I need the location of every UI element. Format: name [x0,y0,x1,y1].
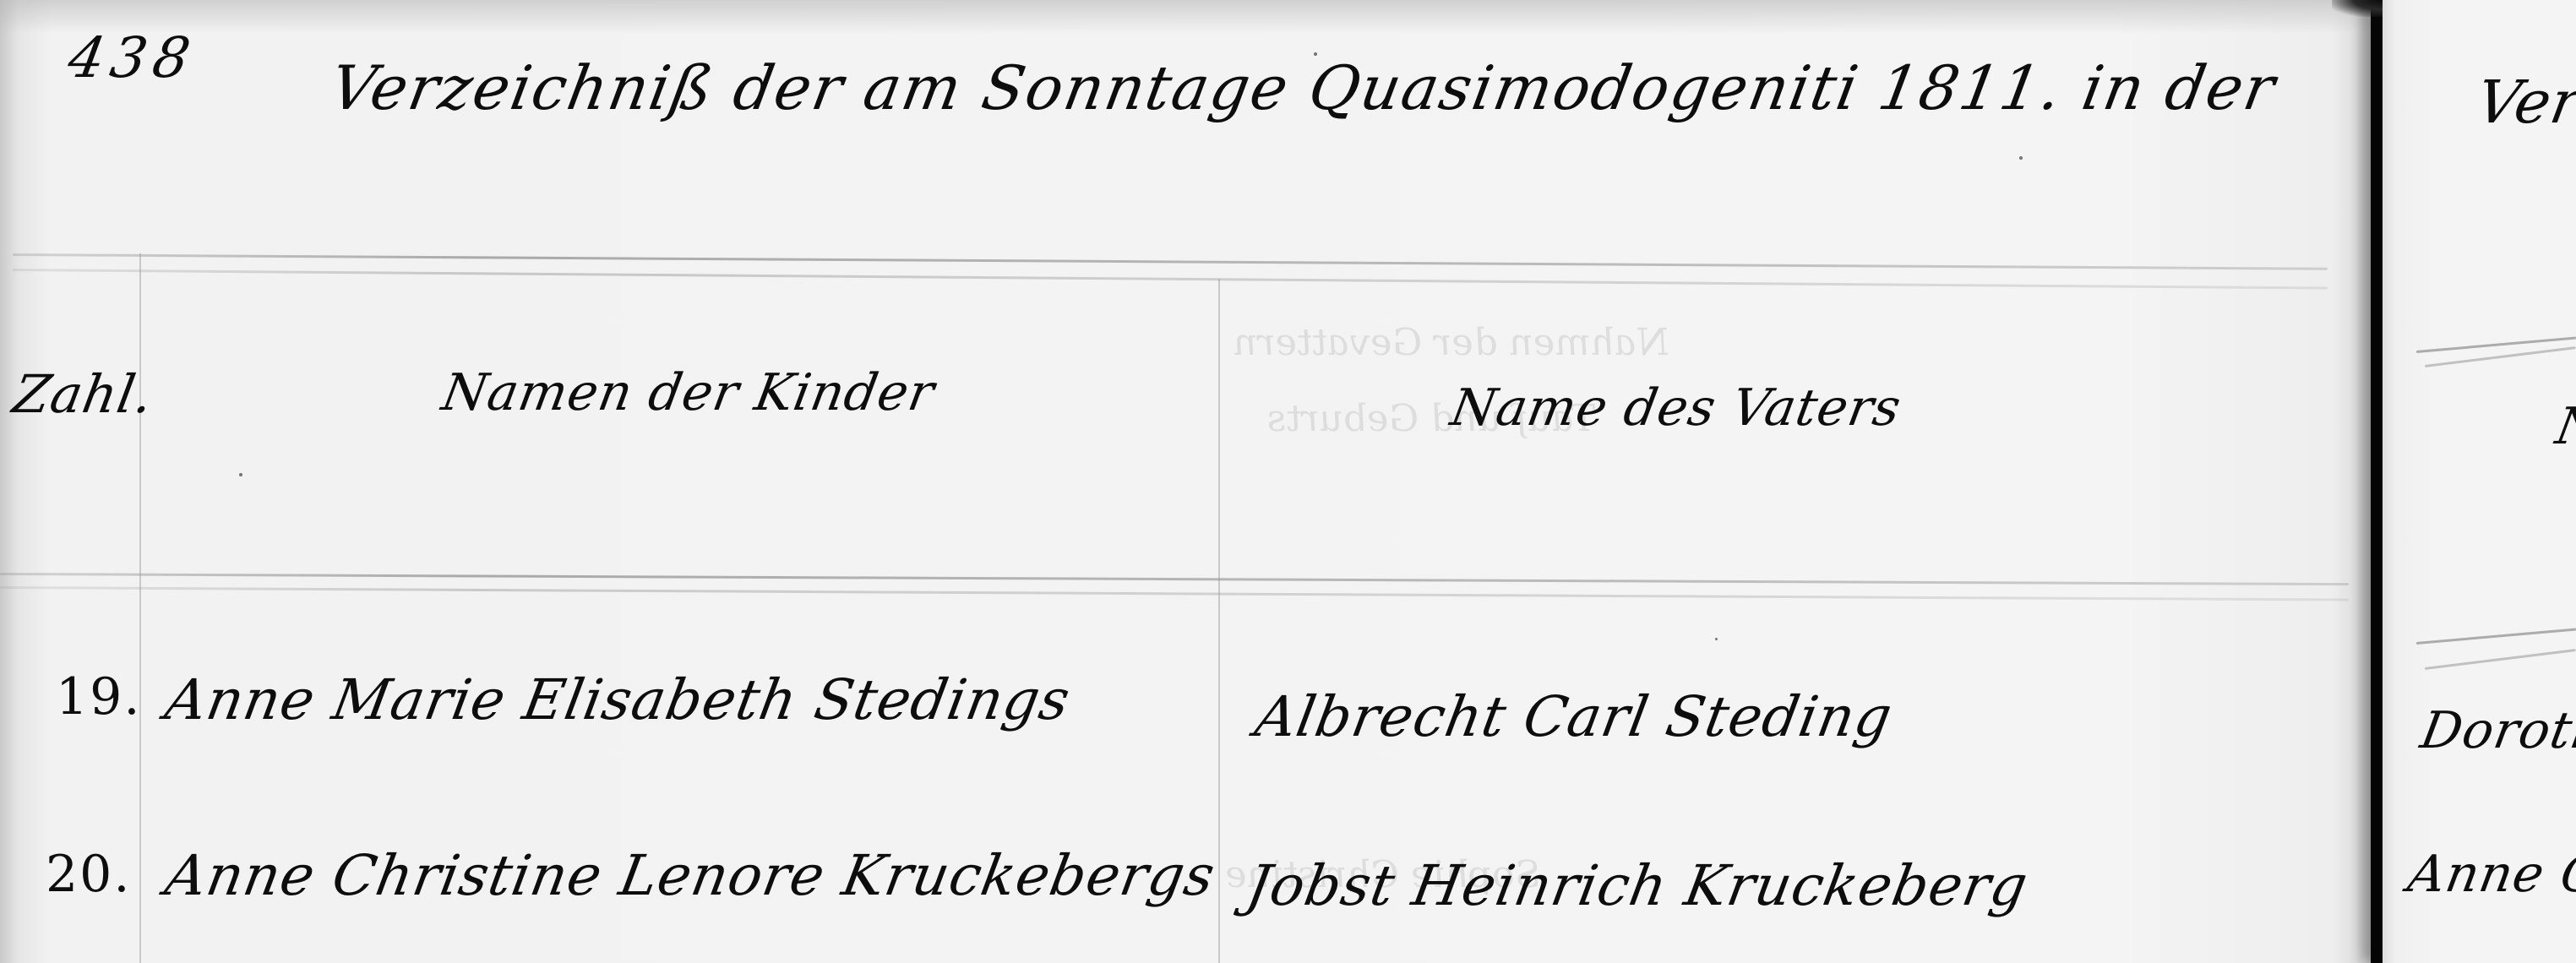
column-header-father-name: Name des Vaters [1446,378,1906,438]
entry-child-name: Anne Marie Elisabeth Stedings [161,667,1076,732]
ruled-line-top [13,253,2328,270]
right-page-fragment [2383,0,2576,963]
entry-father-name: Albrecht Carl Steding [1250,684,1898,749]
entry-number: 20. [46,845,131,904]
book-gutter [2371,0,2383,963]
paper-speck [1314,52,1317,56]
paper-speck [239,473,242,476]
column-divider-father [1218,279,1220,963]
left-page: 438 Verzeichniß der am Sonntage Quasimod… [0,0,2376,963]
scanned-register-image: 438 Verzeichniß der am Sonntage Quasimod… [0,0,2576,963]
next-page-entry-fragment: Dorothe [2416,701,2576,760]
entry-number: 19. [56,667,141,726]
entry-father-name: Jobst Heinrich Kruckeberg [1242,853,2033,918]
column-divider-number [139,253,141,963]
entry-child-name: Anne Christine Lenore Kruckebergs [161,843,1220,908]
page-number: 438 [63,25,202,90]
column-header-child-name: Namen der Kinder [438,363,939,422]
ruled-line-header-bottom-double [0,586,2349,601]
next-page-entry-fragment: Anne Chr [2404,845,2576,904]
ruled-line-header-bottom [0,573,2349,585]
paper-speck [2019,156,2023,160]
ruled-line-top-double [13,269,2328,290]
page-title: Verzeichniß der am Sonntage Quasimodogen… [325,52,2282,123]
bleed-through-text: Nahmen der Gevattern [1230,321,1672,364]
column-header-number: Zahl. [8,363,158,425]
next-page-title-fragment: Verz [2471,68,2576,137]
paper-speck [1715,638,1718,640]
